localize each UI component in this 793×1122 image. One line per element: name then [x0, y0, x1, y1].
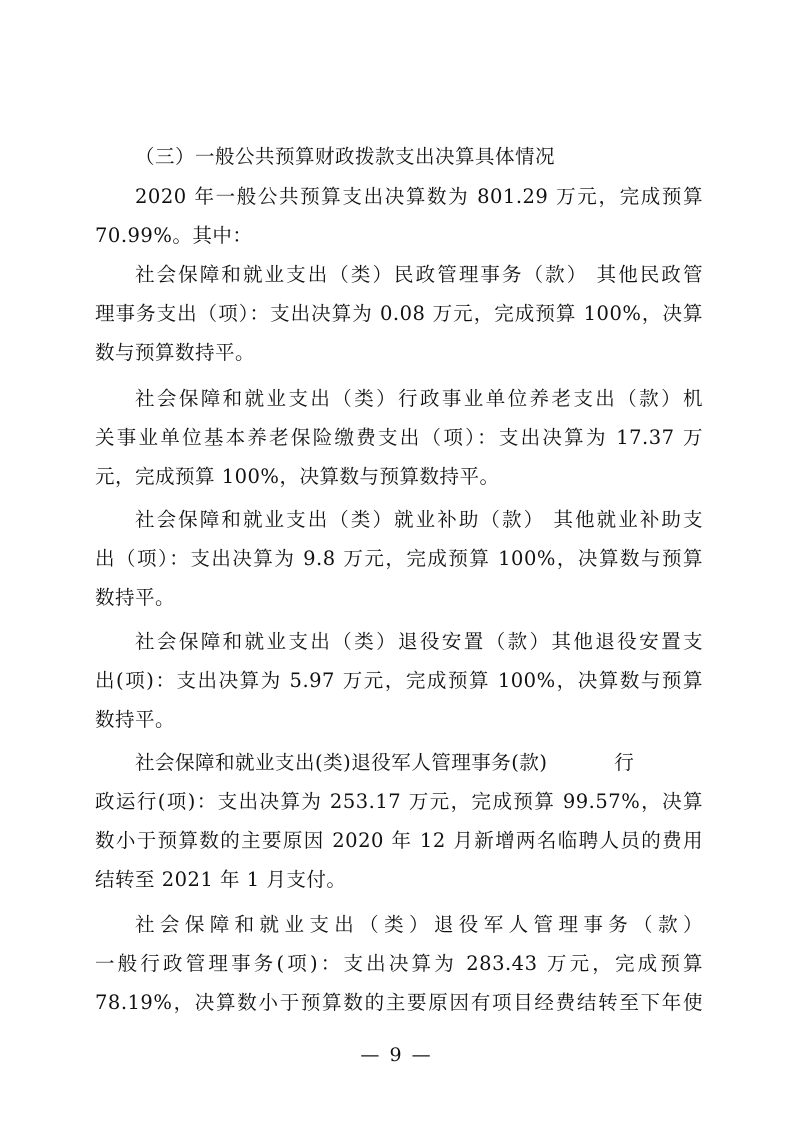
paragraph-line: 数小于预算数的主要原因 2020 年 12 月新增两名临聘人员的费用	[95, 826, 703, 856]
paragraph-line: 78.19%，决算数小于预算数的主要原因有项目经费结转至下年使	[95, 988, 703, 1018]
paragraph-line: 数持平。	[95, 705, 703, 735]
paragraph-line: 出(项)：支出决算为 5.97 万元，完成预算 100%，决算数与预算	[95, 666, 703, 696]
paragraph-line: 元，完成预算 100%，决算数与预算数持平。	[95, 462, 703, 492]
paragraph-line: 政运行(项)：支出决算为 253.17 万元，完成预算 99.57%，决算	[95, 787, 703, 817]
paragraph-line: 理事务支出（项）：支出决算为 0.08 万元，完成预算 100%，决算	[95, 299, 703, 329]
paragraph-line: 出（项）：支出决算为 9.8 万元，完成预算 100%，决算数与预算	[95, 544, 703, 574]
paragraph-line: 数持平。	[95, 583, 703, 613]
paragraph-line: 社会保障和就业支出（类）就业补助（款） 其他就业补助支	[135, 505, 703, 535]
paragraph-line: 70.99%。其中：	[95, 221, 703, 251]
paragraph-line: 一般行政管理事务(项)：支出决算为 283.43 万元，完成预算	[95, 949, 703, 979]
paragraph-line: 社会保障和就业支出（类）退役安置（款）其他退役安置支	[135, 627, 703, 657]
paragraph-line: 2020 年一般公共预算支出决算数为 801.29 万元，完成预算	[135, 182, 703, 212]
paragraph-line: 社会保障和就业支出（类）行政事业单位养老支出（款）机	[135, 384, 703, 414]
paragraph-line: 结转至 2021 年 1 月支付。	[95, 865, 703, 895]
paragraph-line: 关事业单位基本养老保险缴费支出（项）：支出决算为 17.37 万	[95, 423, 703, 453]
page-number: — 9 —	[0, 1040, 793, 1070]
document-page: （三）一般公共预算财政拨款支出决算具体情况 2020 年一般公共预算支出决算数为…	[0, 0, 793, 1122]
paragraph-line: 社会保障和就业支出（类）退役军人管理事务（款）	[135, 910, 703, 940]
paragraph-line: 社会保障和就业支出（类）民政管理事务（款） 其他民政管	[135, 260, 703, 290]
section-heading: （三）一般公共预算财政拨款支出决算具体情况	[135, 142, 703, 172]
paragraph-line: 数与预算数持平。	[95, 338, 703, 368]
paragraph-line: 社会保障和就业支出(类)退役军人管理事务(款) 行	[135, 748, 703, 778]
